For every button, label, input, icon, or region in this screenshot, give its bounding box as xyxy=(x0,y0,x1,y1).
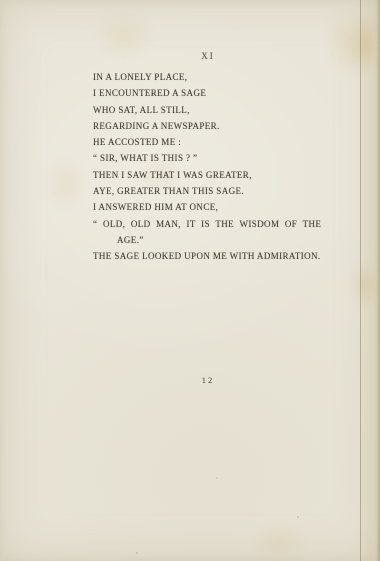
poem-line: AGE.” xyxy=(93,232,323,248)
poem-line: THE SAGE LOOKED UPON ME WITH ADMIRATION. xyxy=(93,248,323,264)
paper-speck xyxy=(297,516,299,518)
poem-line: “ OLD, OLD MAN, IT IS THE WISDOM OF THE xyxy=(93,216,323,232)
poem-line: IN A LONELY PLACE, xyxy=(93,69,323,85)
poem: IN A LONELY PLACE, I ENCOUNTERED A SAGE … xyxy=(93,69,323,265)
poem-line: REGARDING A NEWSPAPER. xyxy=(93,118,323,134)
poem-line: WHO SAT, ALL STILL, xyxy=(93,102,323,118)
poem-line: THEN I SAW THAT I WAS GREATER, xyxy=(93,167,323,183)
poem-line: AYE, GREATER THAN THIS SAGE. xyxy=(93,183,323,199)
paper-speck xyxy=(216,477,218,479)
paper-speck xyxy=(136,552,138,554)
paper-stain xyxy=(252,526,308,560)
page-fore-edge xyxy=(360,0,380,561)
chapter-numeral: XI xyxy=(93,50,323,62)
poem-line: HE ACCOSTED ME : xyxy=(93,134,323,150)
poem-line: I ENCOUNTERED A SAGE xyxy=(93,85,323,101)
page-number: 12 xyxy=(93,374,323,386)
paper-stain xyxy=(44,158,88,210)
poem-line: “ SIR, WHAT IS THIS ? ” xyxy=(93,150,323,166)
poem-line: I ANSWERED HIM AT ONCE, xyxy=(93,199,323,215)
book-page: XI IN A LONELY PLACE, I ENCOUNTERED A SA… xyxy=(0,0,380,561)
